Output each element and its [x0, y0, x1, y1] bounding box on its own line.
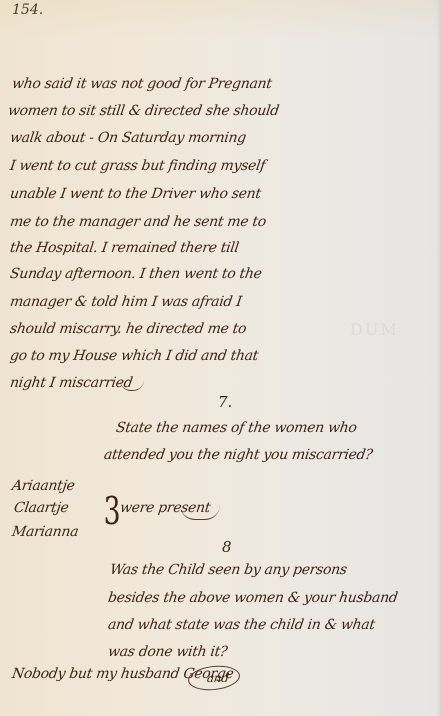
question-7-line: attended you the night you miscarried?: [103, 447, 374, 463]
question-8-line: was done with it?: [107, 644, 228, 660]
answer-6-line: the Hospital. I remained there till: [9, 240, 240, 256]
question-7-line: State the names of the women who: [115, 420, 358, 436]
page-number: 154.: [12, 2, 43, 18]
answer-7-name: Ariaantje: [11, 478, 76, 494]
question-8-line: besides the above women & your husband: [107, 590, 399, 606]
answer-6-line: women to sit still & directed she should: [7, 103, 280, 119]
answer-6-line: go to my House which I did and that: [9, 348, 259, 364]
question-8-line: Was the Child seen by any persons: [109, 562, 348, 578]
bracket-symbol: 3: [104, 492, 121, 530]
answer-6-line: unable I went to the Driver who sent: [9, 186, 262, 202]
faint-stamp: DUM: [350, 320, 399, 339]
answer-6-line: should miscarry. he directed me to: [9, 321, 247, 337]
answer-6-line: me to the manager and he sent me to: [9, 214, 267, 230]
page-edge: [436, 0, 442, 716]
catchword: and: [206, 670, 230, 686]
answer-6-line: Sunday afternoon. I then went to the: [9, 266, 263, 282]
answer-6-line: manager & told him I was afraid I: [9, 294, 243, 310]
manuscript-page: DUM 154. who said it was not good for Pr…: [0, 0, 442, 716]
question-7-number: 7.: [218, 393, 232, 411]
question-8-number: 8: [222, 538, 232, 556]
answer-6-line: who said it was not good for Pregnant: [11, 76, 273, 92]
line-flourish: [180, 505, 220, 520]
answer-7-name: Marianna: [11, 524, 79, 540]
answer-6-line: I went to cut grass but finding myself: [9, 158, 266, 174]
question-8-line: and what state was the child in & what: [107, 617, 376, 633]
answer-6-line: walk about - On Saturday morning: [9, 130, 247, 146]
answer-7-name: Claartje: [13, 500, 70, 516]
answer-6-line: night I miscarried: [9, 375, 134, 391]
